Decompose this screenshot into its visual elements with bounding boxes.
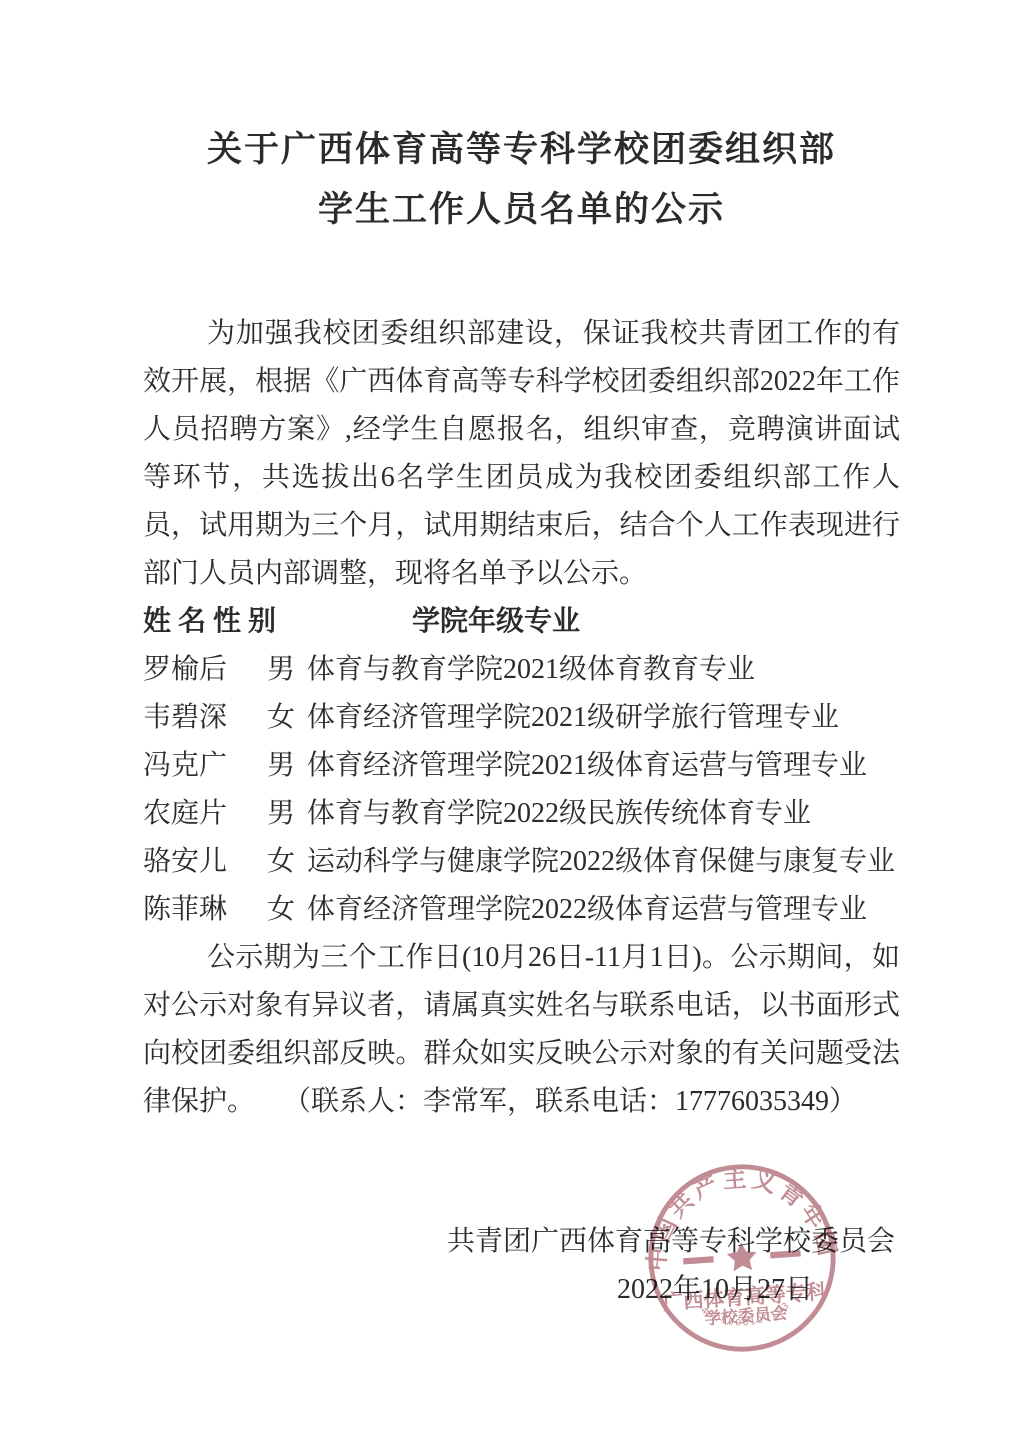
document-content: 关于广西体育高等专科学校团委组织部 学生工作人员名单的公示 为加强我校团委组织部… xyxy=(143,0,900,1314)
official-seal: 中国共产主义青年团 广西体育高等专科 学校委员会 4501000100103 xyxy=(637,1153,846,1362)
student-gender: 男 xyxy=(255,790,307,838)
student-name: 骆安儿 xyxy=(143,838,255,886)
student-gender: 女 xyxy=(255,886,307,934)
roster-row: 韦碧深 女 体育经济管理学院2021级研学旅行管理专业 xyxy=(143,694,900,742)
roster-header-college: 学院年级专业 xyxy=(412,598,580,646)
roster-row: 罗榆后 男 体育与教育学院2021级体育教育专业 xyxy=(143,646,900,694)
student-college: 体育与教育学院2021级体育教育专业 xyxy=(307,646,900,694)
student-name: 韦碧深 xyxy=(143,694,255,742)
student-gender: 男 xyxy=(255,646,307,694)
student-college: 体育经济管理学院2021级研学旅行管理专业 xyxy=(307,694,900,742)
seal-right-bar xyxy=(770,1250,801,1258)
roster-row: 农庭片 男 体育与教育学院2022级民族传统体育专业 xyxy=(143,790,900,838)
student-name: 陈菲琳 xyxy=(143,886,255,934)
student-college: 体育与教育学院2022级民族传统体育专业 xyxy=(307,790,900,838)
seal-left-bar xyxy=(683,1256,714,1264)
title-line-1: 关于广西体育高等专科学校团委组织部 xyxy=(143,120,900,180)
seal-star-icon xyxy=(726,1241,758,1271)
roster-row: 陈菲琳 女 体育经济管理学院2022级体育运营与管理专业 xyxy=(143,886,900,934)
student-name: 冯克广 xyxy=(143,742,255,790)
student-college: 体育经济管理学院2021级体育运营与管理专业 xyxy=(307,742,900,790)
student-college: 运动科学与健康学院2022级体育保健与康复专业 xyxy=(307,838,900,886)
student-gender: 女 xyxy=(255,694,307,742)
roster-header: 姓 名 性 别 学院年级专业 xyxy=(143,598,900,646)
intro-paragraph: 为加强我校团委组织部建设，保证我校共青团工作的有效开展，根据《广西体育高等专科学… xyxy=(143,310,900,598)
roster: 姓 名 性 别 学院年级专业 罗榆后 男 体育与教育学院2021级体育教育专业 … xyxy=(143,598,900,934)
closing-paragraph: 公示期为三个工作日(10月26日-11月1日)。公示期间，如对公示对象有异议者，… xyxy=(143,934,900,1126)
student-name: 罗榆后 xyxy=(143,646,255,694)
title-line-2: 学生工作人员名单的公示 xyxy=(143,180,900,240)
roster-row: 骆安儿 女 运动科学与健康学院2022级体育保健与康复专业 xyxy=(143,838,900,886)
document-body: 为加强我校团委组织部建设，保证我校共青团工作的有效开展，根据《广西体育高等专科学… xyxy=(143,310,900,1126)
document-page: 关于广西体育高等专科学校团委组织部 学生工作人员名单的公示 为加强我校团委组织部… xyxy=(0,0,1024,1446)
student-gender: 男 xyxy=(255,742,307,790)
roster-header-name-gender: 姓 名 性 别 xyxy=(143,598,412,646)
student-college: 体育经济管理学院2022级体育运营与管理专业 xyxy=(307,886,900,934)
student-name: 农庭片 xyxy=(143,790,255,838)
student-gender: 女 xyxy=(255,838,307,886)
roster-row: 冯克广 男 体育经济管理学院2021级体育运营与管理专业 xyxy=(143,742,900,790)
roster-rows: 罗榆后 男 体育与教育学院2021级体育教育专业 韦碧深 女 体育经济管理学院2… xyxy=(143,646,900,934)
document-title: 关于广西体育高等专科学校团委组织部 学生工作人员名单的公示 xyxy=(143,120,900,240)
